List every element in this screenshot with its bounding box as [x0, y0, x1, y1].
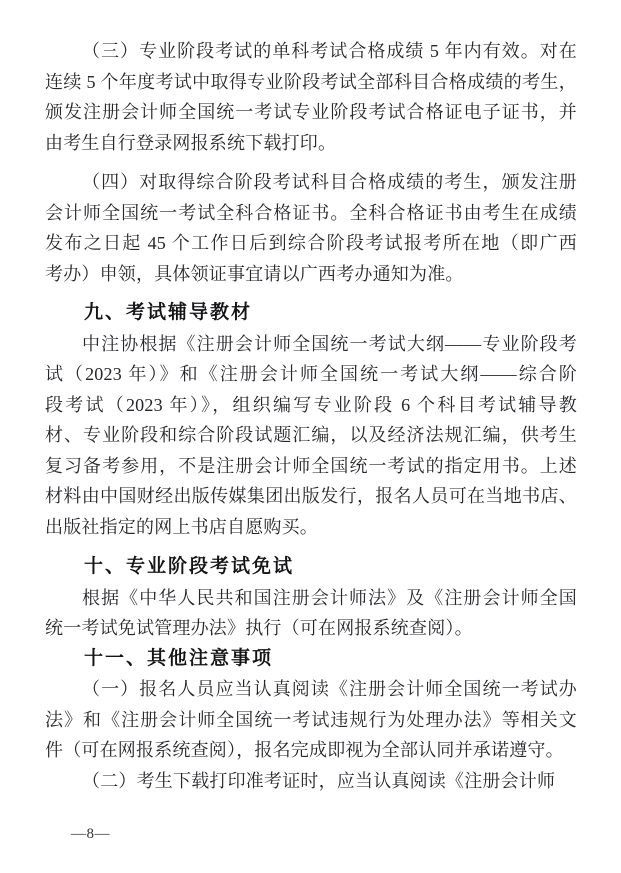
text-line: 考办）申领，具体领证事宜请以广西考办通知为准。 [45, 259, 577, 290]
section-heading: 十一、其他注意事项 [45, 644, 577, 675]
text-line: 统一考试免试管理办法》执行（可在网报系统查阅）。 [45, 613, 577, 644]
text-line: 复习备考参用，不是注册会计师全国统一考试的指定用书。上述 [45, 451, 577, 482]
text-line: 试（2023 年）》和《注册会计师全国统一考试大纲——综合阶 [45, 359, 577, 390]
text-line: （四）对取得综合阶段考试科目合格成绩的考生，颁发注册 [45, 167, 577, 198]
text-line: 由考生自行登录网报系统下载打印。 [45, 128, 577, 159]
paragraph: 根据《中华人民共和国注册会计师法》及《注册会计师全国统一考试免试管理办法》执行（… [45, 583, 577, 644]
heading-text: 十、专业阶段考试免试 [45, 552, 577, 583]
heading-text: 九、考试辅导教材 [45, 298, 577, 329]
paragraph: 中注协根据《注册会计师全国统一考试大纲——专业阶段考试（2023 年）》和《注册… [45, 329, 577, 543]
heading-text: 十一、其他注意事项 [45, 644, 577, 675]
text-line: （一）报名人员应当认真阅读《注册会计师全国统一考试办 [45, 674, 577, 705]
page-footer: —8— [71, 824, 110, 844]
paragraph: （二）考生下载打印准考证时，应当认真阅读《注册会计师 [45, 766, 577, 797]
page-number: —8— [71, 826, 110, 842]
text-line: 发布之日起 45 个工作日后到综合阶段考试报考所在地（即广西 [45, 228, 577, 259]
paragraph: （四）对取得综合阶段考试科目合格成绩的考生，颁发注册会计师全国统一考试全科合格证… [45, 167, 577, 289]
text-line: 根据《中华人民共和国注册会计师法》及《注册会计师全国 [45, 583, 577, 614]
section-heading: 十、专业阶段考试免试 [45, 552, 577, 583]
text-line: 材、专业阶段和综合阶段试题汇编，以及经济法规汇编，供考生 [45, 420, 577, 451]
document-body: （三）专业阶段考试的单科考试合格成绩 5 年内有效。对在连续 5 个年度考试中取… [45, 36, 577, 796]
text-line: （二）考生下载打印准考证时，应当认真阅读《注册会计师 [45, 766, 577, 797]
text-line: 颁发注册会计师全国统一考试专业阶段考试合格证电子证书，并 [45, 97, 577, 128]
text-line: 法》和《注册会计师全国统一考试违规行为处理办法》等相关文 [45, 705, 577, 736]
text-line: 会计师全国统一考试全科合格证书。全科合格证书由考生在成绩 [45, 198, 577, 229]
text-line: 连续 5 个年度考试中取得专业阶段考试全部科目合格成绩的考生， [45, 67, 577, 98]
text-line: 件（可在网报系统查阅），报名完成即视为全部认同并承诺遵守。 [45, 735, 577, 766]
section-heading: 九、考试辅导教材 [45, 298, 577, 329]
text-line: 出版社指定的网上书店自愿购买。 [45, 512, 577, 543]
paragraph: （一）报名人员应当认真阅读《注册会计师全国统一考试办法》和《注册会计师全国统一考… [45, 674, 577, 766]
text-line: 材料由中国财经出版传媒集团出版发行，报名人员可在当地书店、 [45, 481, 577, 512]
text-line: （三）专业阶段考试的单科考试合格成绩 5 年内有效。对在 [45, 36, 577, 67]
document-page: （三）专业阶段考试的单科考试合格成绩 5 年内有效。对在连续 5 个年度考试中取… [0, 0, 621, 873]
text-line: 段考试（2023 年）》，组织编写专业阶段 6 个科目考试辅导教 [45, 390, 577, 421]
paragraph: （三）专业阶段考试的单科考试合格成绩 5 年内有效。对在连续 5 个年度考试中取… [45, 36, 577, 158]
text-line: 中注协根据《注册会计师全国统一考试大纲——专业阶段考 [45, 329, 577, 360]
